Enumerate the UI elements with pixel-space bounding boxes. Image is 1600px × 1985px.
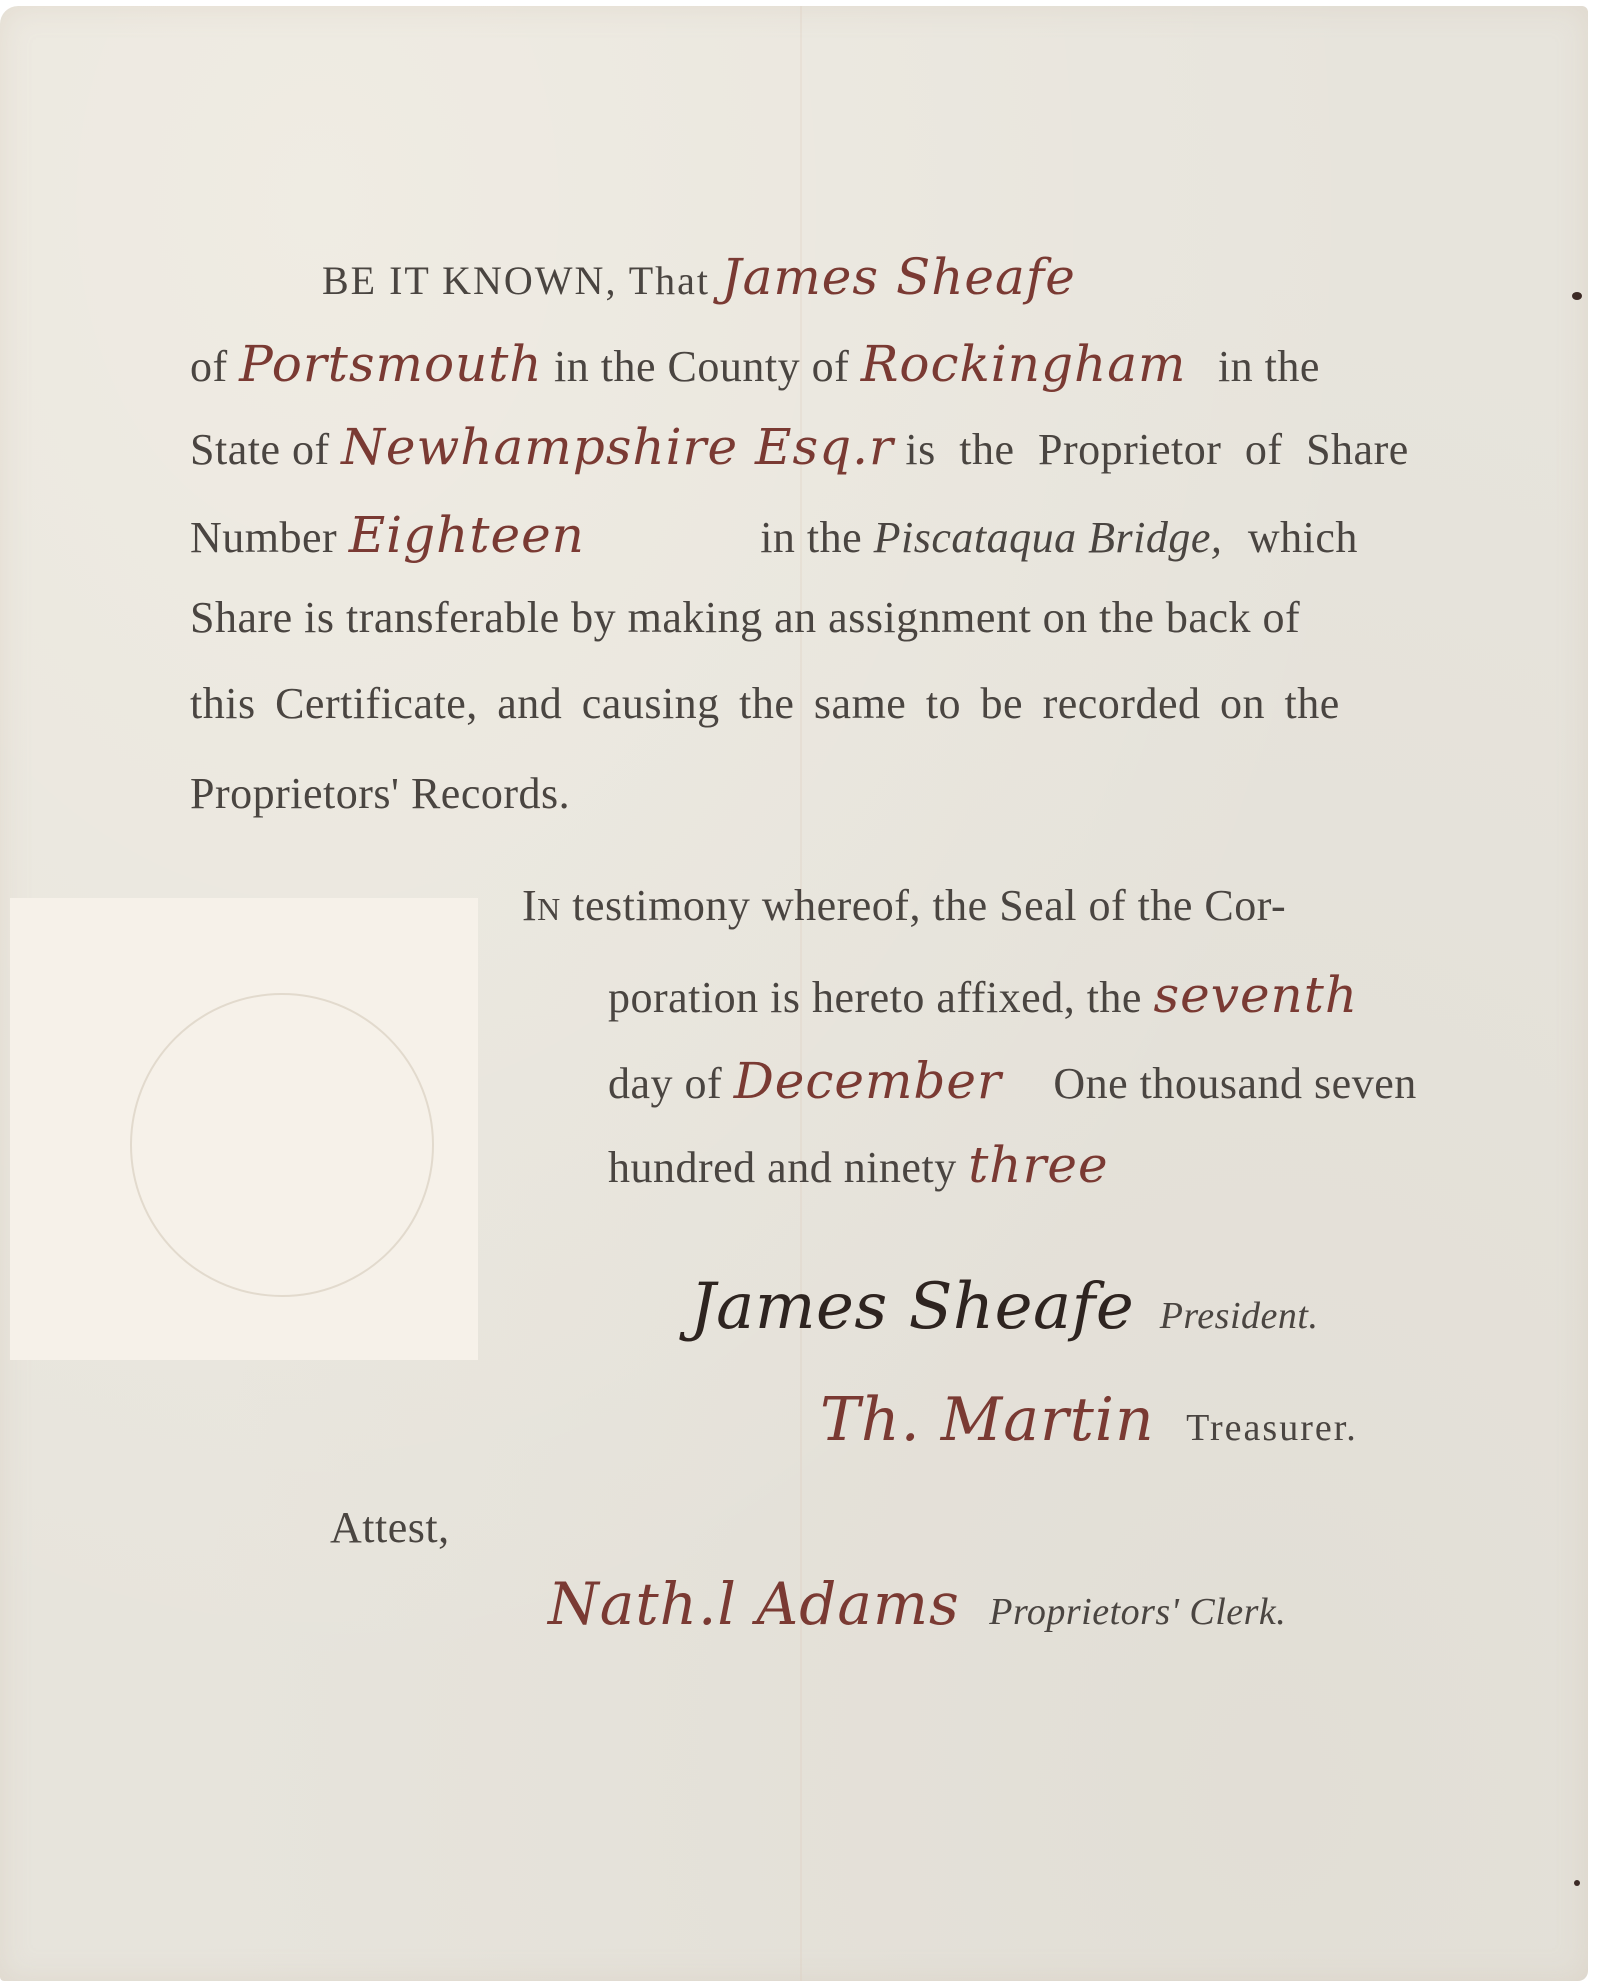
small-caps: N xyxy=(537,891,561,927)
attest-label: Attest, xyxy=(330,1502,450,1553)
president-signature-row: James Sheafe President. xyxy=(690,1270,1318,1344)
printed-text: which xyxy=(1248,513,1358,562)
body-line-1: BE IT KNOWN, That James Sheafe xyxy=(322,248,1076,306)
testimony-line-3: day of December One thousand seven xyxy=(608,1052,1417,1110)
printed-text: BE IT KNOWN, That xyxy=(322,258,710,303)
testimony-line-2: poration is hereto affixed, the seventh xyxy=(608,966,1358,1024)
printed-text: Number xyxy=(190,513,337,562)
testimony-line-1: IN testimony whereof, the Seal of the Co… xyxy=(522,880,1286,931)
printed-text: in the xyxy=(1218,342,1320,391)
body-line-5: Share is transferable by making an assig… xyxy=(190,592,1300,643)
handwritten-share-number: Eighteen xyxy=(349,506,749,564)
handwritten-day: seventh xyxy=(1153,966,1358,1024)
clerk-signature-row: Nath.l Adams Proprietors' Clerk. xyxy=(548,1570,1286,1638)
clerk-title: Proprietors' Clerk. xyxy=(989,1591,1286,1633)
ink-spot xyxy=(1572,292,1582,300)
printed-text: hundred and ninety xyxy=(608,1143,957,1192)
printed-text: day of xyxy=(608,1059,722,1108)
body-line-7: Proprietors' Records. xyxy=(190,768,570,819)
testimony-line-4: hundred and ninety three xyxy=(608,1136,1109,1194)
printed-text: testimony whereof, the Seal of the Cor- xyxy=(561,881,1286,930)
printed-text: in the xyxy=(760,513,862,562)
printed-text: State of xyxy=(190,425,330,474)
treasurer-title: Treasurer. xyxy=(1186,1407,1358,1449)
president-title: President. xyxy=(1160,1295,1319,1337)
printed-text: One thousand seven xyxy=(1053,1059,1416,1108)
handwritten-town: Portsmouth xyxy=(239,335,542,393)
handwritten-name: James Sheafe xyxy=(722,248,1076,306)
bridge-name: Piscataqua Bridge, xyxy=(874,513,1223,562)
handwritten-month: December xyxy=(734,1052,1002,1110)
president-signature: James Sheafe xyxy=(690,1270,1134,1344)
handwritten-year: three xyxy=(968,1136,1108,1194)
treasurer-signature: Th. Martin xyxy=(820,1385,1155,1455)
body-line-2: of Portsmouth in the County of Rockingha… xyxy=(190,335,1320,393)
handwritten-state: Newhampshire Esq.r xyxy=(341,418,894,476)
handwritten-county: Rockingham xyxy=(861,335,1187,393)
body-line-4: Number Eighteen in the Piscataqua Bridge… xyxy=(190,506,1358,564)
printed-text: in the County of xyxy=(554,342,849,391)
clerk-signature: Nath.l Adams xyxy=(548,1570,960,1638)
treasurer-signature-row: Th. Martin Treasurer. xyxy=(820,1385,1358,1455)
seal-emboss-icon xyxy=(130,993,434,1297)
printed-text: is the Proprietor of Share xyxy=(905,425,1408,474)
corporate-seal xyxy=(10,898,478,1360)
printed-text: of xyxy=(190,342,228,391)
body-line-3: State of Newhampshire Esq.r is the Propr… xyxy=(190,418,1409,476)
body-line-6: this Certificate, and causing the same t… xyxy=(190,678,1340,729)
drop-initial: I xyxy=(522,881,537,930)
printed-text: poration is hereto affixed, the xyxy=(608,973,1142,1022)
ink-spot xyxy=(1574,1880,1580,1886)
